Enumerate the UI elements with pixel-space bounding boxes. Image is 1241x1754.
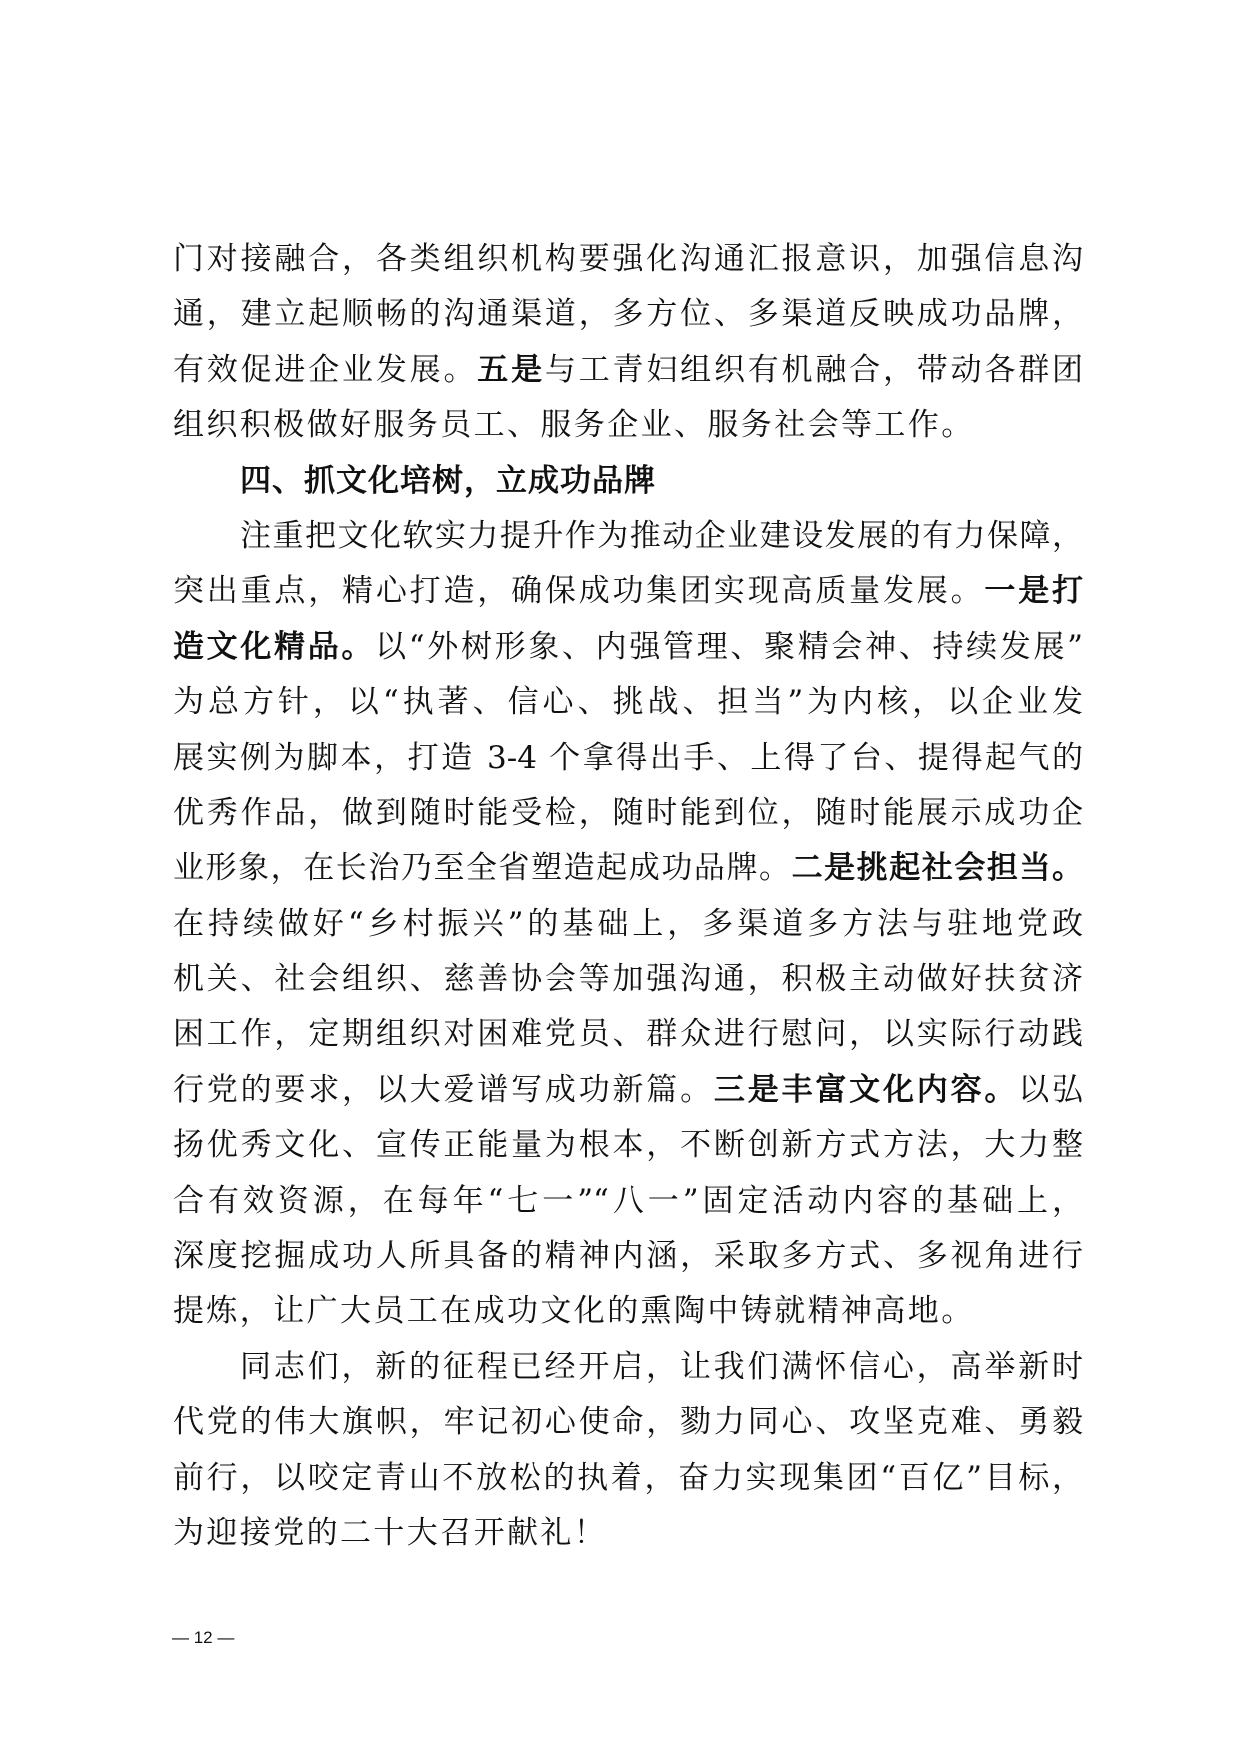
paragraph-first-line: 同志们，新的征程已经开启，让我们满怀信心，高举新时 (173, 1340, 1083, 1395)
text-run: 提炼，让广大员工在成功文化的熏陶中铸就精神高地。 (173, 1293, 975, 1329)
text-run: 以“外树形象、内强管理、聚精会神、持续发展” (375, 629, 1083, 665)
text-run: 门对接融合，各类组织机构要强化沟通汇报意识，加强信息沟 (173, 241, 1083, 277)
paragraph-line: 业形象，在长治乃至全省塑造起成功品牌。二是挑起社会担当。 (173, 841, 1083, 896)
text-run: 为总方针，以“执著、信心、挑战、担当”为内核，以企业发 (173, 684, 1083, 720)
text-run: 组织积极做好服务员工、服务企业、服务社会等工作。 (173, 407, 975, 443)
paragraph-line: 行党的要求，以大爱谱写成功新篇。三是丰富文化内容。以弘 (173, 1063, 1083, 1118)
paragraph-line: 困工作，定期组织对困难党员、群众进行慰问，以实际行动践 (173, 1007, 1083, 1062)
text-run: 困工作，定期组织对困难党员、群众进行慰问，以实际行动践 (173, 1016, 1083, 1052)
paragraph-first-line: 注重把文化软实力提升作为推动企业建设发展的有力保障， (173, 509, 1083, 564)
paragraph-line: 组织积极做好服务员工、服务企业、服务社会等工作。 (173, 398, 1083, 453)
paragraph-line: 突出重点，精心打造，确保成功集团实现高质量发展。一是打 (173, 564, 1083, 619)
paragraph-line: 前行，以咬定青山不放松的执着，奋力实现集团“百亿”目标， (173, 1451, 1083, 1506)
text-run: 前行，以咬定青山不放松的执着，奋力实现集团“百亿”目标， (173, 1460, 1083, 1496)
text-run: 通，建立起顺畅的沟通渠道，多方位、多渠道反映成功品牌， (173, 296, 1083, 332)
text-run: 同志们，新的征程已经开启，让我们满怀信心，高举新时 (240, 1349, 1083, 1385)
section-heading-text: 四、抓文化培树，立成功品牌 (240, 463, 656, 499)
emphasis-label-two: 二是挑起社会担当。 (792, 850, 1083, 886)
paragraph-line: 机关、社会组织、慈善协会等加强沟通，积极主动做好扶贫济 (173, 952, 1083, 1007)
emphasis-label-one: 一是打 (984, 573, 1083, 609)
text-run: 与工青妇组织有机融合，带动各群团 (545, 352, 1083, 388)
text-run: 以弘 (1018, 1072, 1083, 1108)
text-run: 机关、社会组织、慈善协会等加强沟通，积极主动做好扶贫济 (173, 961, 1083, 997)
document-body: 门对接融合，各类组织机构要强化沟通汇报意识，加强信息沟 通，建立起顺畅的沟通渠道… (173, 232, 1083, 1561)
text-run: 合有效资源，在每年“七一”“八一”固定活动内容的基础上， (173, 1183, 1083, 1219)
paragraph-line: 有效促进企业发展。五是与工青妇组织有机融合，带动各群团 (173, 343, 1083, 398)
text-run: 行党的要求，以大爱谱写成功新篇。 (173, 1072, 714, 1108)
paragraph-line: 展实例为脚本，打造 3-4 个拿得出手、上得了台、提得起气的 (173, 731, 1083, 786)
emphasis-label-three: 三是丰富文化内容。 (714, 1072, 1018, 1108)
text-run: 深度挖掘成功人所具备的精神内涵，采取多方式、多视角进行 (173, 1238, 1083, 1274)
paragraph-line: 造文化精品。以“外树形象、内强管理、聚精会神、持续发展” (173, 620, 1083, 675)
paragraph-line: 提炼，让广大员工在成功文化的熏陶中铸就精神高地。 (173, 1284, 1083, 1339)
paragraph-line: 优秀作品，做到随时能受检，随时能到位，随时能展示成功企 (173, 786, 1083, 841)
text-run: 为迎接党的二十大召开献礼！ (173, 1515, 607, 1551)
paragraph-line: 代党的伟大旗帜，牢记初心使命，勠力同心、攻坚克难、勇毅 (173, 1395, 1083, 1450)
document-page: 门对接融合，各类组织机构要强化沟通汇报意识，加强信息沟 通，建立起顺畅的沟通渠道… (0, 0, 1241, 1754)
page-number: — 12 — (172, 1628, 234, 1648)
paragraph-line: 为总方针，以“执著、信心、挑战、担当”为内核，以企业发 (173, 675, 1083, 730)
text-run: 业形象，在长治乃至全省塑造起成功品牌。 (173, 850, 792, 886)
paragraph-line: 在持续做好“乡村振兴”的基础上，多渠道多方法与驻地党政 (173, 897, 1083, 952)
paragraph-line: 合有效资源，在每年“七一”“八一”固定活动内容的基础上， (173, 1174, 1083, 1229)
text-run: 扬优秀文化、宣传正能量为根本，不断创新方式方法，大力整 (173, 1127, 1083, 1163)
text-run: 突出重点，精心打造，确保成功集团实现高质量发展。 (173, 573, 984, 609)
emphasis-label-five: 五是 (477, 352, 545, 388)
paragraph-line: 通，建立起顺畅的沟通渠道，多方位、多渠道反映成功品牌， (173, 287, 1083, 342)
text-run: 在持续做好“乡村振兴”的基础上，多渠道多方法与驻地党政 (173, 906, 1083, 942)
text-run: 注重把文化软实力提升作为推动企业建设发展的有力保障， (240, 518, 1083, 554)
paragraph-line: 扬优秀文化、宣传正能量为根本，不断创新方式方法，大力整 (173, 1118, 1083, 1173)
paragraph-line: 门对接融合，各类组织机构要强化沟通汇报意识，加强信息沟 (173, 232, 1083, 287)
text-run: 有效促进企业发展。 (173, 352, 477, 388)
text-run: 优秀作品，做到随时能受检，随时能到位，随时能展示成功企 (173, 795, 1083, 831)
emphasis-label-one-cont: 造文化精品。 (173, 629, 375, 665)
paragraph-line: 为迎接党的二十大召开献礼！ (173, 1506, 1083, 1561)
text-run: 展实例为脚本，打造 3-4 个拿得出手、上得了台、提得起气的 (173, 740, 1083, 776)
section-heading: 四、抓文化培树，立成功品牌 (173, 454, 1083, 509)
text-run: 代党的伟大旗帜，牢记初心使命，勠力同心、攻坚克难、勇毅 (173, 1404, 1083, 1440)
paragraph-line: 深度挖掘成功人所具备的精神内涵，采取多方式、多视角进行 (173, 1229, 1083, 1284)
